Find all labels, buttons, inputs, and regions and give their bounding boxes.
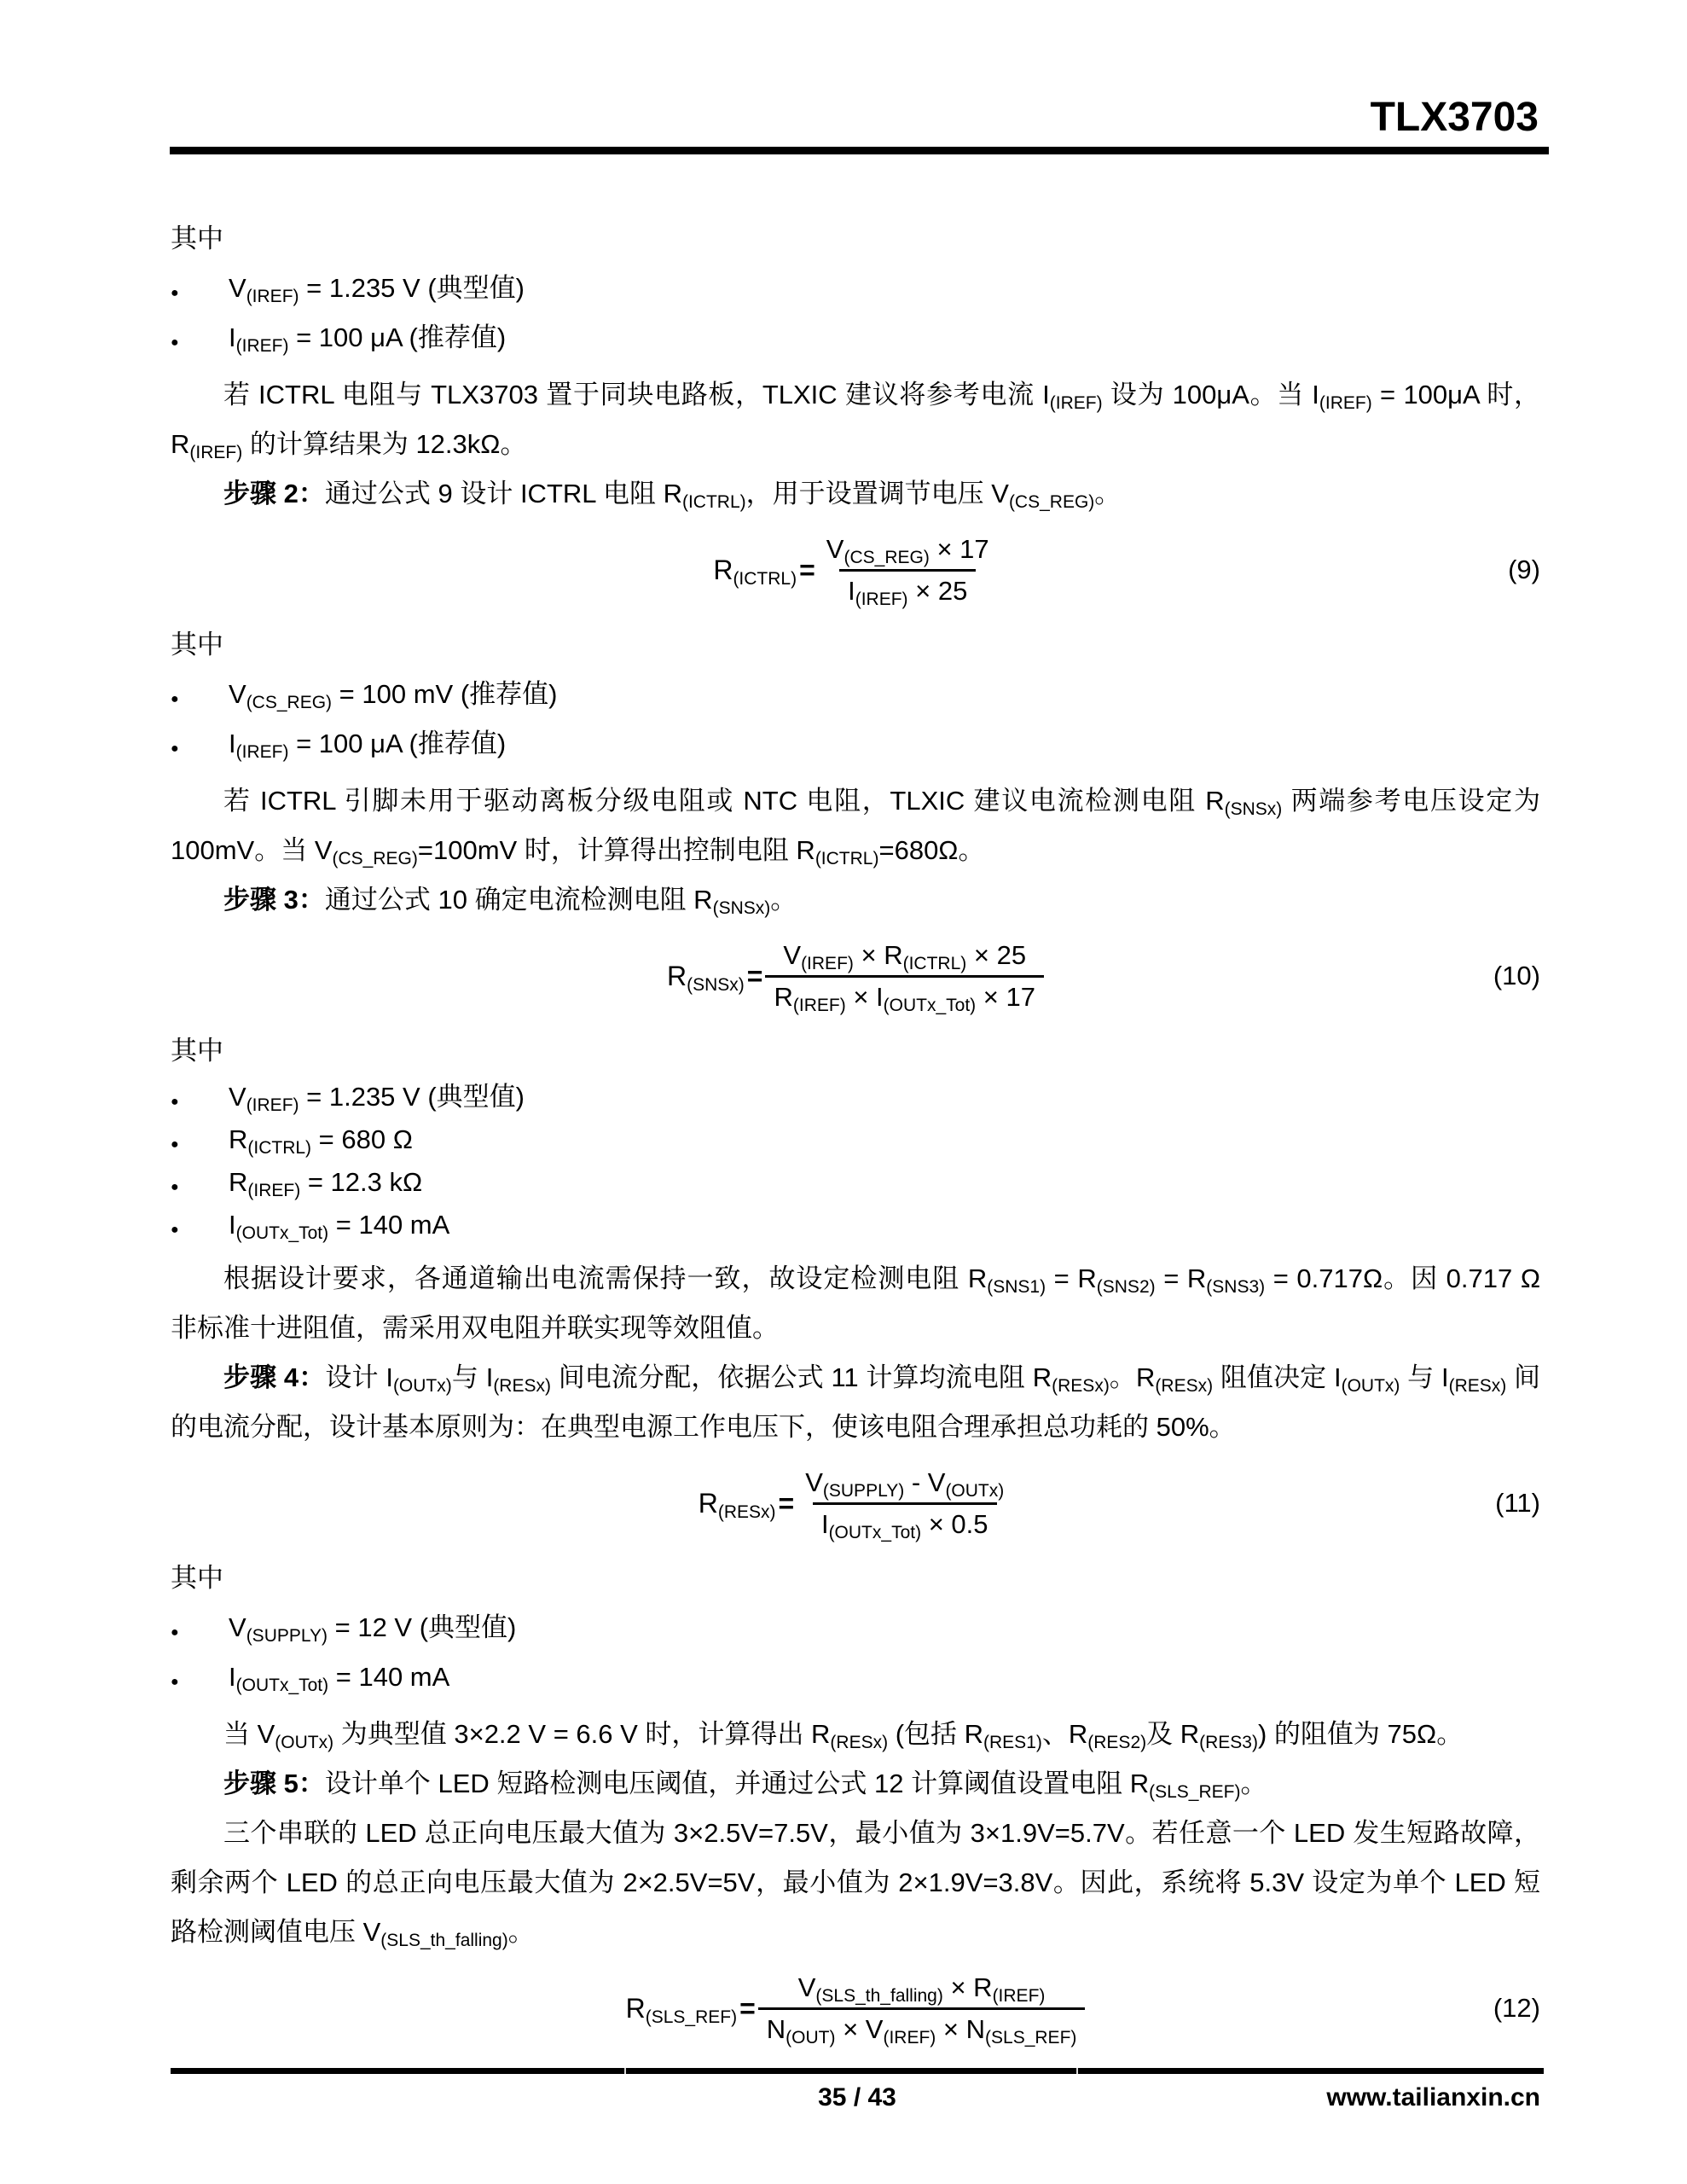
text-run: I: [229, 322, 236, 352]
bold-text: 步骤 2：: [223, 479, 325, 508]
footer-rule: [171, 2068, 1544, 2074]
paragraph: 三个串联的 LED 总正向电压最大值为 3×2.5V=7.5V，最小值为 3×1…: [171, 1809, 1540, 1957]
text-run: (包括 R: [888, 1719, 983, 1749]
subscript: (OUT): [786, 2028, 835, 2047]
paragraph: 当 V(OUTx) 为典型值 3×2.2 V = 6.6 V 时，计算得出 R(…: [171, 1710, 1540, 1759]
formula-lhs: R(ICTRL): [713, 555, 797, 586]
bullet-item: ●I(OUTx_Tot) = 140 mA: [171, 1655, 1540, 1705]
subscript: (CS_REG): [333, 849, 418, 868]
text-run: 设为 100μA。当 I: [1103, 380, 1319, 409]
bullet-list: ●V(IREF) = 1.235 V (典型值)●I(IREF) = 100 μ…: [171, 263, 1540, 370]
text-run: × R: [943, 1972, 993, 2002]
text-run: ，用于设置调节电压 V: [746, 479, 1009, 508]
text-run: 及 R: [1146, 1719, 1199, 1749]
subscript: (OUTx_Tot): [236, 1676, 329, 1695]
text-run: V: [798, 1972, 816, 2002]
subscript: (SNSx): [687, 975, 745, 995]
text-run: I: [821, 1509, 829, 1539]
text-run: = R: [1046, 1263, 1097, 1293]
section-label: 其中: [171, 215, 1540, 263]
text-run: 通过公式 9 设计 ICTRL 电阻 R: [325, 479, 682, 508]
bullet-icon: ●: [171, 1083, 229, 1121]
bullet-text: V(IREF) = 1.235 V (典型值): [229, 1078, 1540, 1116]
subscript: (IREF): [189, 443, 242, 462]
bullet-text: R(ICTRL) = 680 Ω: [229, 1121, 1540, 1159]
text-run: 阻值决定 I: [1213, 1362, 1341, 1392]
subscript: (RESx): [1155, 1376, 1213, 1396]
text-run: 的计算结果为 12.3kΩ。: [242, 429, 526, 459]
subscript: (RES3): [1199, 1733, 1258, 1752]
subscript: (OUTx): [1342, 1376, 1400, 1396]
paragraph: 若 ICTRL 电阻与 TLX3703 置于同块电路板，TLXIC 建议将参考电…: [171, 370, 1540, 469]
bullet-icon: ●: [171, 271, 229, 316]
text-run: 。: [1094, 479, 1121, 508]
equation-number: (10): [1493, 961, 1540, 991]
fraction: V(IREF) × R(ICTRL) × 25R(IREF) × I(OUTx_…: [765, 940, 1044, 1013]
text-run: V: [229, 1082, 246, 1112]
page-title: TLX3703: [170, 96, 1549, 140]
formula: R(RESx)=V(SUPPLY) - V(OUTx)I(OUTx_Tot) ×…: [171, 1455, 1540, 1551]
formula-body: R(RESx)=V(SUPPLY) - V(OUTx)I(OUTx_Tot) ×…: [699, 1467, 1013, 1540]
subscript: (ICTRL): [733, 569, 797, 589]
bullet-text: I(IREF) = 100 μA (推荐值): [229, 722, 1540, 766]
formula: R(SLS_REF)=V(SLS_th_falling) × R(IREF)N(…: [171, 1960, 1540, 2056]
denominator: I(IREF) × 25: [839, 569, 976, 607]
text-run: 其中: [171, 1563, 223, 1593]
text-run: 与 I: [452, 1362, 494, 1392]
text-run: R: [626, 1993, 646, 2024]
subscript: (ICTRL): [247, 1138, 311, 1158]
subscript: (SUPPLY): [246, 1626, 328, 1646]
paragraph: 步骤 3：通过公式 10 确定电流检测电阻 R(SNSx)。: [171, 875, 1540, 925]
subscript: (ICTRL): [815, 849, 879, 868]
text-run: V: [826, 534, 844, 564]
bullet-icon: ●: [171, 727, 229, 771]
text-run: ) 的阻值为 75Ω。: [1258, 1719, 1463, 1749]
text-run: × 0.5: [921, 1509, 988, 1539]
text-run: 若 ICTRL 引脚未用于驱动离板分级电阻或 NTC 电阻，TLXIC 建议电流…: [223, 786, 1225, 816]
paragraph: 根据设计要求，各通道输出电流需保持一致，故设定检测电阻 R(SNS1) = R(…: [171, 1254, 1540, 1353]
section-label: 其中: [171, 1027, 1540, 1075]
bullet-text: I(IREF) = 100 μA (推荐值): [229, 316, 1540, 360]
text-run: - V: [904, 1467, 945, 1497]
subscript: (IREF): [1319, 393, 1372, 413]
subscript: (IREF): [883, 2028, 936, 2047]
bullet-icon: ●: [171, 1169, 229, 1206]
section-label: 其中: [171, 621, 1540, 669]
bullet-item: ●V(CS_REG) = 100 mV (推荐值): [171, 672, 1540, 722]
bullet-text: V(SUPPLY) = 12 V (典型值): [229, 1606, 1540, 1650]
text-run: × 25: [966, 940, 1026, 970]
formula-body: R(SNSx)=V(IREF) × R(ICTRL) × 25R(IREF) ×…: [667, 940, 1044, 1013]
text-run: 根据设计要求，各通道输出电流需保持一致，故设定检测电阻 R: [223, 1263, 987, 1293]
subscript: (SNS2): [1097, 1277, 1156, 1297]
bullet-item: ●V(IREF) = 1.235 V (典型值): [171, 1078, 1540, 1121]
subscript: (ICTRL): [903, 954, 967, 973]
bullet-item: ●I(OUTx_Tot) = 140 mA: [171, 1206, 1540, 1249]
text-run: 为典型值 3×2.2 V = 6.6 V 时，计算得出 R: [333, 1719, 830, 1749]
bullet-list: ●V(SUPPLY) = 12 V (典型值)●I(OUTx_Tot) = 14…: [171, 1602, 1540, 1710]
subscript: (IREF): [855, 590, 908, 609]
bullet-list: ●V(IREF) = 1.235 V (典型值)●R(ICTRL) = 680 …: [171, 1075, 1540, 1254]
bullet-item: ●V(IREF) = 1.235 V (典型值): [171, 266, 1540, 316]
formula: R(SNSx)=V(IREF) × R(ICTRL) × 25R(IREF) ×…: [171, 928, 1540, 1024]
text-run: 设计 I: [325, 1362, 393, 1392]
formula: R(ICTRL)=V(CS_REG) × 17I(IREF) × 25(9): [171, 522, 1540, 618]
subscript: (SNS3): [1206, 1277, 1265, 1297]
text-run: R: [713, 555, 733, 585]
text-run: = 140 mA: [328, 1662, 449, 1692]
datasheet-page: TLX3703 其中●V(IREF) = 1.235 V (典型值)●I(IRE…: [0, 0, 1687, 2184]
text-run: = 140 mA: [328, 1210, 449, 1240]
subscript: (SLS_REF): [985, 2028, 1076, 2047]
text-run: V: [229, 273, 246, 303]
text-run: = 100 μA (推荐值): [288, 322, 506, 352]
bullet-text: V(CS_REG) = 100 mV (推荐值): [229, 672, 1540, 717]
website-link[interactable]: www.tailianxin.cn: [1326, 2083, 1540, 2112]
text-run: 其中: [171, 224, 223, 253]
subscript: (SLS_REF): [646, 2007, 737, 2027]
subscript: (SUPPLY): [823, 1481, 904, 1501]
subscript: (IREF): [1050, 393, 1103, 413]
text-run: 。: [508, 1917, 535, 1947]
text-run: × 25: [908, 576, 968, 606]
bold-text: 步骤 5：: [223, 1769, 325, 1798]
equals-sign: =: [747, 961, 763, 992]
text-run: I: [229, 1662, 236, 1692]
fraction: V(CS_REG) × 17I(IREF) × 25: [818, 534, 998, 607]
bullet-item: ●I(IREF) = 100 μA (推荐值): [171, 722, 1540, 771]
text-run: = 100 mV (推荐值): [332, 679, 557, 709]
subscript: (IREF): [246, 1095, 299, 1115]
paragraph: 步骤 4：设计 I(OUTx)与 I(RESx) 间电流分配，依据公式 11 计…: [171, 1353, 1540, 1452]
bold-text: 步骤 3：: [223, 885, 325, 915]
text-run: I: [229, 729, 236, 758]
text-run: R: [229, 1167, 247, 1197]
bullet-text: R(IREF) = 12.3 kΩ: [229, 1164, 1540, 1201]
text-run: 三个串联的 LED 总正向电压最大值为 3×2.5V=7.5V，最小值为 3×1…: [171, 1818, 1540, 1947]
denominator: R(IREF) × I(OUTx_Tot) × 17: [765, 975, 1044, 1013]
denominator: N(OUT) × V(IREF) × N(SLS_REF): [758, 2007, 1086, 2045]
bullet-text: I(OUTx_Tot) = 140 mA: [229, 1655, 1540, 1699]
subscript: (OUTx): [393, 1376, 452, 1396]
bullet-text: I(OUTx_Tot) = 140 mA: [229, 1206, 1540, 1244]
text-run: × V: [835, 2014, 883, 2044]
subscript: (SLS_REF): [1149, 1782, 1240, 1802]
subscript: (SLS_th_falling): [815, 1986, 942, 2006]
subscript: (OUTx_Tot): [236, 1223, 329, 1243]
formula-body: R(SLS_REF)=V(SLS_th_falling) × R(IREF)N(…: [626, 1972, 1086, 2045]
text-run: 。: [1240, 1769, 1267, 1798]
fraction: V(SLS_th_falling) × R(IREF)N(OUT) × V(IR…: [758, 1972, 1086, 2045]
text-run: V: [805, 1467, 823, 1497]
paragraph: 若 ICTRL 引脚未用于驱动离板分级电阻或 NTC 电阻，TLXIC 建议电流…: [171, 776, 1540, 875]
bullet-list: ●V(CS_REG) = 100 mV (推荐值)●I(IREF) = 100 …: [171, 669, 1540, 776]
text-run: R: [667, 961, 687, 991]
equation-number: (11): [1495, 1488, 1540, 1519]
text-run: = 12 V (典型值): [328, 1612, 516, 1642]
subscript: (IREF): [247, 1181, 300, 1200]
subscript: (RESx): [1052, 1376, 1110, 1396]
section-label: 其中: [171, 1554, 1540, 1602]
subscript: (RES1): [983, 1733, 1042, 1752]
text-run: × N: [936, 2014, 985, 2044]
text-run: V: [783, 940, 801, 970]
footer-rule-gap: [1076, 2068, 1078, 2074]
paragraph: 步骤 2：通过公式 9 设计 ICTRL 电阻 R(ICTRL)，用于设置调节电…: [171, 469, 1540, 519]
text-run: I: [229, 1210, 236, 1240]
numerator: V(IREF) × R(ICTRL) × 25: [774, 940, 1035, 975]
text-run: = 12.3 kΩ: [300, 1167, 422, 1197]
equals-sign: =: [799, 555, 815, 586]
subscript: (OUTx_Tot): [884, 996, 977, 1015]
numerator: V(SUPPLY) - V(OUTx): [797, 1467, 1012, 1502]
numerator: V(SLS_th_falling) × R(IREF): [790, 1972, 1054, 2007]
text-run: × R: [854, 940, 903, 970]
subscript: (ICTRL): [682, 492, 746, 512]
subscript: (RESx): [718, 1502, 776, 1522]
formula-lhs: R(SNSx): [667, 961, 745, 992]
text-run: 其中: [171, 1036, 223, 1066]
fraction: V(SUPPLY) - V(OUTx)I(OUTx_Tot) × 0.5: [797, 1467, 1012, 1540]
text-run: × I: [846, 982, 884, 1012]
subscript: (IREF): [801, 954, 854, 973]
bullet-icon: ●: [171, 321, 229, 365]
bullet-icon: ●: [171, 1660, 229, 1705]
subscript: (IREF): [993, 1986, 1046, 2006]
page-header: TLX3703: [170, 96, 1549, 154]
subscript: (SNS1): [987, 1277, 1046, 1297]
text-run: = R: [1156, 1263, 1207, 1293]
numerator: V(CS_REG) × 17: [818, 534, 998, 569]
subscript: (OUTx): [945, 1481, 1004, 1501]
bullet-item: ●V(SUPPLY) = 12 V (典型值): [171, 1606, 1540, 1655]
subscript: (IREF): [793, 996, 846, 1015]
text-run: 、R: [1042, 1719, 1087, 1749]
text-run: = 1.235 V (典型值): [299, 273, 525, 303]
bullet-icon: ●: [171, 1211, 229, 1249]
formula-lhs: R(SLS_REF): [626, 1993, 737, 2024]
subscript: (SNSx): [1225, 799, 1283, 819]
text-run: V: [229, 679, 246, 709]
text-run: =680Ω。: [878, 835, 984, 865]
text-run: 与 I: [1400, 1362, 1448, 1392]
bold-text: 步骤 4：: [223, 1362, 325, 1392]
formula-lhs: R(RESx): [699, 1488, 776, 1519]
bullet-text: V(IREF) = 1.235 V (典型值): [229, 266, 1540, 311]
denominator: I(OUTx_Tot) × 0.5: [813, 1502, 997, 1540]
subscript: (SLS_th_falling): [380, 1931, 507, 1950]
bullet-icon: ●: [171, 1611, 229, 1655]
subscript: (CS_REG): [1009, 492, 1094, 512]
footer-rule-gap: [624, 2068, 626, 2074]
subscript: (OUTx_Tot): [829, 1523, 922, 1542]
subscript: (IREF): [246, 287, 299, 306]
text-run: × 17: [930, 534, 989, 564]
paragraph: 步骤 5：设计单个 LED 短路检测电压阈值，并通过公式 12 计算阈值设置电阻…: [171, 1759, 1540, 1809]
equation-number: (9): [1508, 555, 1540, 585]
text-run: R: [699, 1488, 718, 1519]
subscript: (RES2): [1087, 1733, 1146, 1752]
text-run: V: [229, 1612, 246, 1642]
subscript: (IREF): [236, 742, 289, 762]
text-run: 若 ICTRL 电阻与 TLX3703 置于同块电路板，TLXIC 建议将参考电…: [223, 380, 1050, 409]
document-content: 其中●V(IREF) = 1.235 V (典型值)●I(IREF) = 100…: [171, 215, 1540, 2059]
text-run: R: [229, 1124, 247, 1154]
bullet-icon: ●: [171, 1126, 229, 1164]
bullet-item: ●I(IREF) = 100 μA (推荐值): [171, 316, 1540, 365]
text-run: N: [767, 2014, 786, 2044]
equals-sign: =: [779, 1488, 795, 1519]
subscript: (IREF): [236, 336, 289, 356]
equals-sign: =: [739, 1993, 756, 2024]
text-run: 间电流分配，依据公式 11 计算均流电阻 R: [551, 1362, 1052, 1392]
equation-number: (12): [1493, 1993, 1540, 2024]
subscript: (SNSx): [713, 898, 771, 918]
text-run: I: [848, 576, 855, 606]
subscript: (CS_REG): [843, 548, 929, 567]
bullet-item: ●R(IREF) = 12.3 kΩ: [171, 1164, 1540, 1206]
subscript: (RESx): [830, 1733, 888, 1752]
header-rule: [170, 147, 1549, 154]
text-run: 其中: [171, 630, 223, 659]
text-run: = 100 μA (推荐值): [288, 729, 506, 758]
text-run: 通过公式 10 确定电流检测电阻 R: [325, 885, 713, 915]
text-run: 。: [770, 885, 797, 915]
subscript: (RESx): [493, 1376, 551, 1396]
subscript: (RESx): [1449, 1376, 1507, 1396]
text-run: 设计单个 LED 短路检测电压阈值，并通过公式 12 计算阈值设置电阻 R: [325, 1769, 1149, 1798]
subscript: (OUTx): [275, 1733, 333, 1752]
text-run: = 680 Ω: [311, 1124, 413, 1154]
subscript: (CS_REG): [246, 693, 332, 712]
bullet-item: ●R(ICTRL) = 680 Ω: [171, 1121, 1540, 1164]
text-run: 当 V: [223, 1719, 275, 1749]
text-run: = 1.235 V (典型值): [299, 1082, 525, 1112]
text-run: =100mV 时，计算得出控制电阻 R: [418, 835, 815, 865]
text-run: × 17: [976, 982, 1035, 1012]
text-run: 。R: [1110, 1362, 1156, 1392]
bullet-icon: ●: [171, 677, 229, 722]
formula-body: R(ICTRL)=V(CS_REG) × 17I(IREF) × 25: [713, 534, 997, 607]
text-run: R: [774, 982, 792, 1012]
